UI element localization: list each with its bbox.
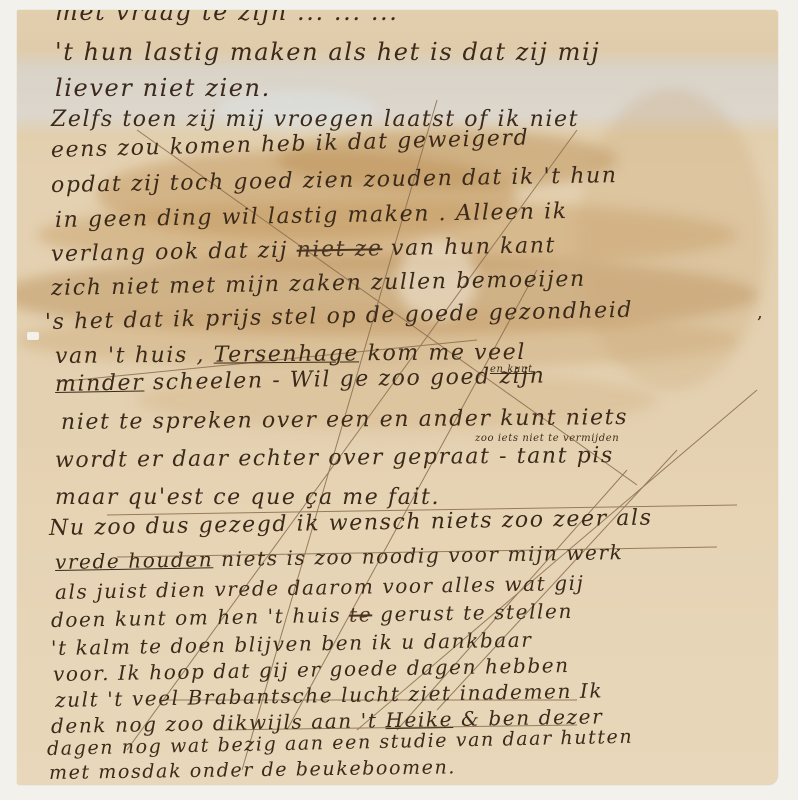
- line-text: kom me veel: [367, 340, 526, 366]
- letter-page: met vraag te zijn ... ... ... 't hun las…: [17, 10, 778, 785]
- letter-line: niet te spreken over een en ander kunt n…: [61, 405, 628, 435]
- letter-line: liever niet zien.: [55, 74, 271, 102]
- letter-line: met vraag te zijn ... ... ...: [55, 10, 399, 26]
- underlined-text: Tersenhage: [214, 341, 360, 367]
- line-text: gerust te stellen: [380, 599, 573, 626]
- struck-text: te: [349, 602, 372, 626]
- line-text: verlang ook dat zij: [51, 238, 288, 267]
- underlined-text: vrede houden: [55, 547, 214, 574]
- letter-line: wordt er daar echter over gepraat - tant…: [55, 443, 614, 473]
- letter-line: 't hun lastig maken als het is dat zij m…: [55, 38, 600, 66]
- letter-viewer: met vraag te zijn ... ... ... 't hun las…: [0, 0, 798, 800]
- underlined-text: minder: [55, 370, 145, 397]
- margin-mark: ,: [757, 302, 763, 323]
- underlined-text: Heike: [385, 707, 453, 732]
- paper-tear: [27, 332, 39, 340]
- letter-line: maar qu'est ce que ça me fait.: [55, 485, 440, 510]
- line-text: van 't huis ,: [55, 343, 214, 369]
- line-text: van hun kant: [391, 233, 556, 261]
- struck-text: niet ze: [296, 236, 382, 262]
